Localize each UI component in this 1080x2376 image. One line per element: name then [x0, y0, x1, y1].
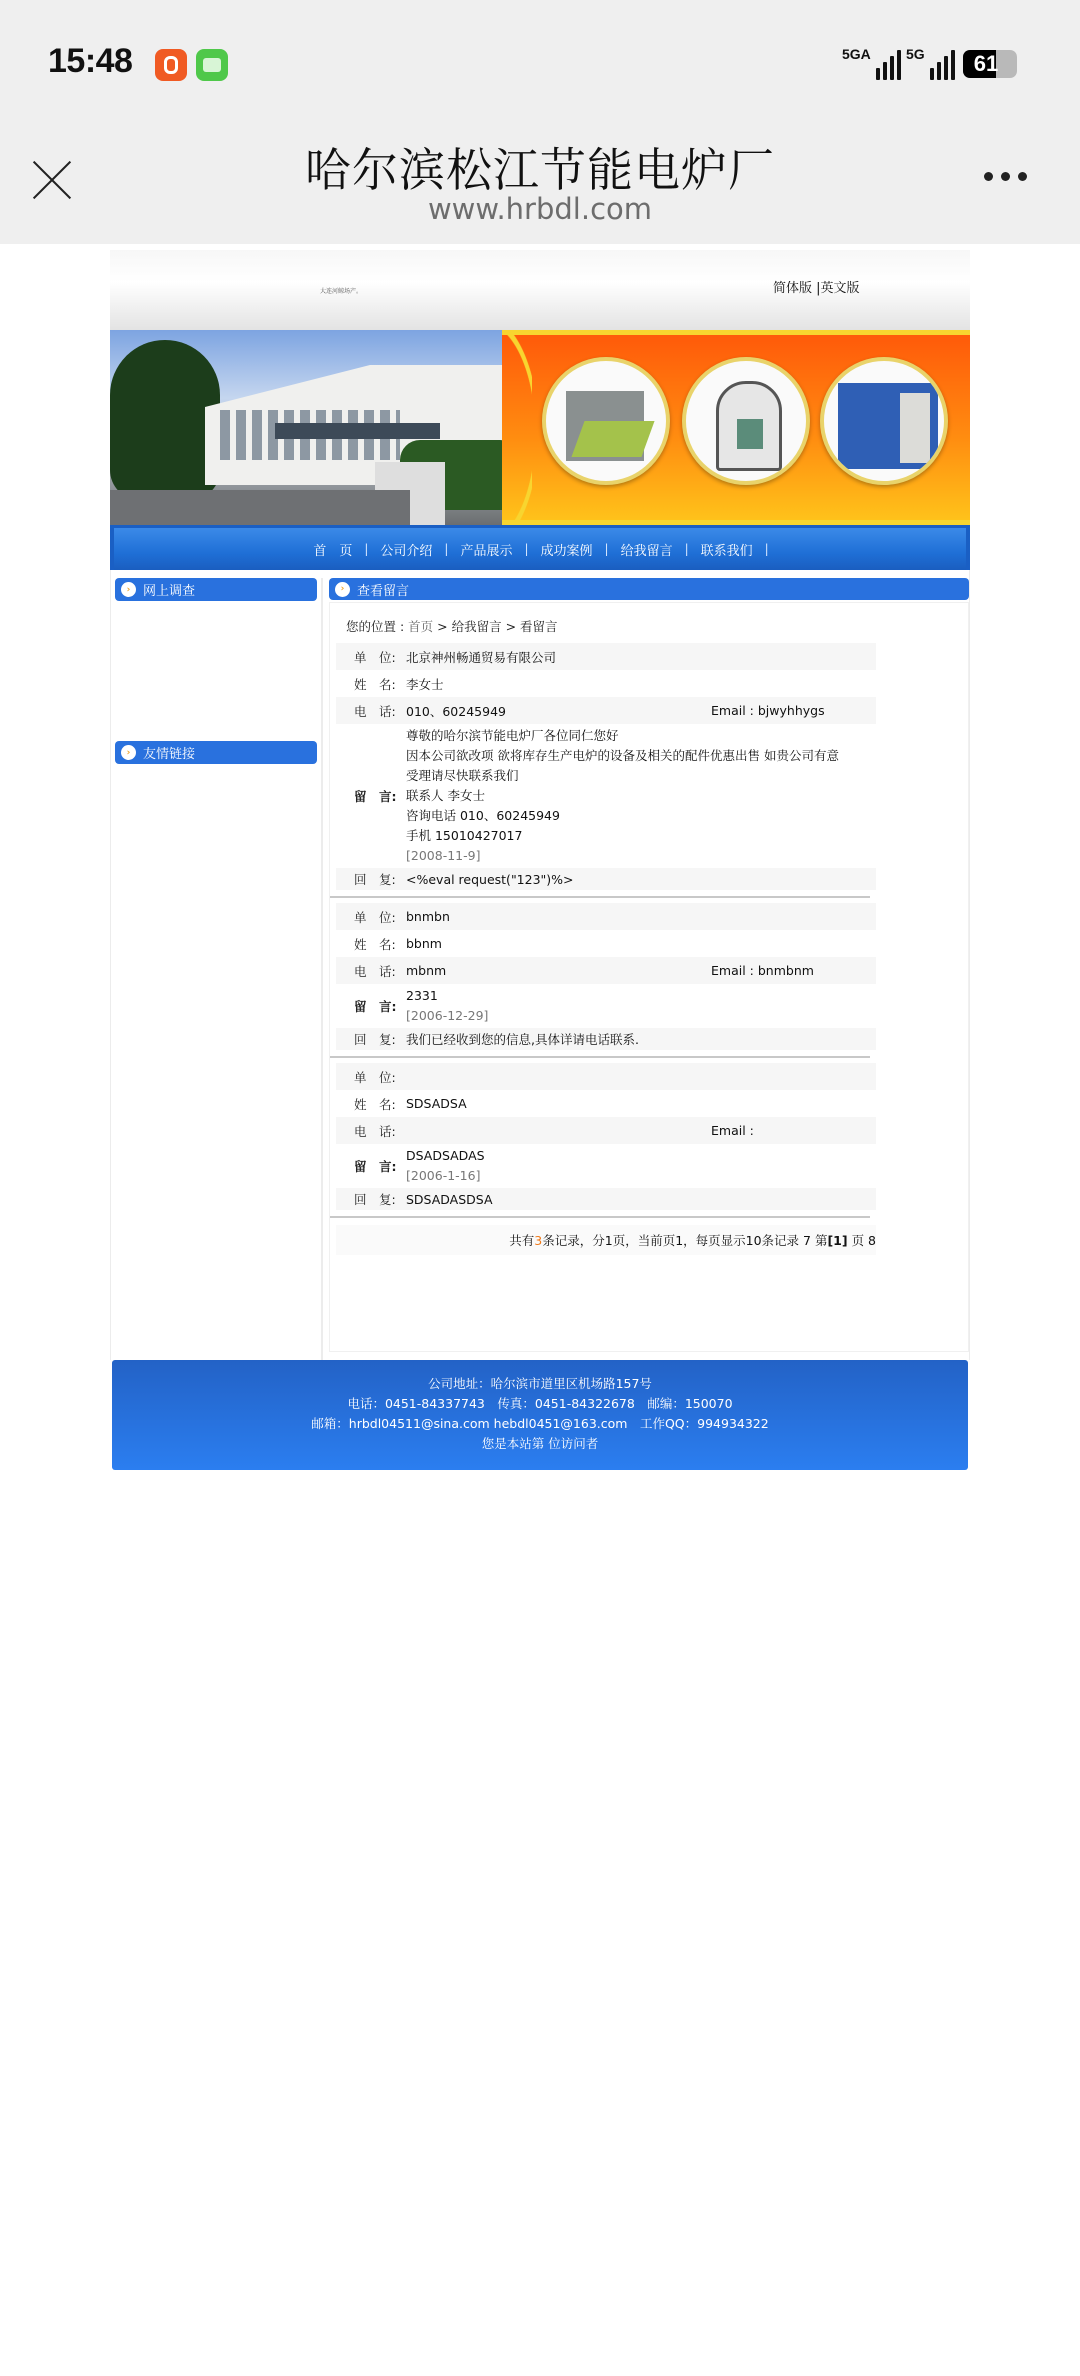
message-field-row: 电 话:Email :: [336, 1117, 876, 1144]
message-field-row: 回 复:SDSADASDSA: [336, 1188, 876, 1210]
message-date: [2006-12-29]: [406, 1006, 876, 1026]
nav-item[interactable]: 给我留言: [609, 540, 685, 559]
message-field-row: 姓 名:bbnm: [336, 930, 876, 957]
messages-panel: 您的位置 : 首页 > 给我留言 > 看留言 单 位:北京神州畅通贸易有限公司姓…: [329, 602, 969, 1352]
message-line: 受理请尽快联系我们: [406, 766, 876, 786]
field-value: bnmbn: [406, 909, 876, 924]
lang-separator: |: [812, 281, 821, 296]
field-label: 单 位:: [354, 1068, 406, 1086]
message-divider: [330, 896, 870, 899]
message-entry: 单 位:bnmbn姓 名:bbnm电 话:mbnmEmail :bnmbnm留 …: [336, 903, 876, 1050]
field-label: 留 言:: [354, 1157, 406, 1175]
nav-item[interactable]: 产品展示: [448, 540, 524, 559]
survey-title: › 网上调查: [115, 578, 317, 601]
lang-simplified-link[interactable]: 简体版: [773, 281, 812, 296]
phone-top-bar: 15:48 5GA 5G 61 哈尔滨松江节能电炉厂 www.hrbdl.com: [0, 0, 1080, 244]
message-divider: [330, 1056, 870, 1059]
field-value: 我们已经收到您的信息,具体详请电话联系.: [406, 1030, 876, 1048]
email-label: Email :: [711, 703, 754, 718]
links-box: › 友情链接: [115, 741, 317, 764]
nav-item[interactable]: 首 页: [301, 540, 364, 559]
pager-text: 条记录，分1页，当前页1，每页显示10条记录 7 第: [542, 1233, 827, 1248]
message-field-row: 单 位:bnmbn: [336, 903, 876, 930]
email-field: Email :bnmbnm: [711, 963, 876, 978]
nav-item[interactable]: 成功案例: [529, 540, 605, 559]
message-list: 单 位:北京神州畅通贸易有限公司姓 名:李女士电 话:010、60245949E…: [330, 643, 968, 1219]
email-label: Email :: [711, 963, 754, 978]
banner-image: [110, 330, 970, 525]
field-label: 姓 名:: [354, 935, 406, 953]
signal-label: 5GA: [842, 46, 871, 62]
message-field-row: 留 言:2331[2006-12-29]: [336, 984, 876, 1028]
control-cabinet-image: [820, 357, 948, 485]
message-field-row: 单 位:北京神州畅通贸易有限公司: [336, 643, 876, 670]
field-label: 回 复:: [354, 870, 406, 888]
pager-end: 页 8: [848, 1233, 876, 1248]
more-dots-icon[interactable]: [984, 172, 1027, 181]
message-line: DSADSADAS: [406, 1146, 876, 1166]
pit-furnace-image: [682, 357, 810, 485]
field-label: 留 言:: [354, 787, 406, 805]
footer-visitor-count: 您是本站第 位访问者: [112, 1434, 968, 1454]
message-line: 联系人 李女士: [406, 786, 876, 806]
signal-5ga-icon: 5GA: [842, 46, 901, 80]
message-field-row: 姓 名:李女士: [336, 670, 876, 697]
arrow-bullet-icon: ›: [121, 745, 136, 760]
footer-email: 邮箱：hrbdl04511@sina.com hebdl0451@163.com…: [112, 1414, 968, 1434]
field-label: 电 话:: [354, 962, 406, 980]
breadcrumb-prefix: 您的位置 :: [346, 619, 408, 634]
main-nav: 首 页|公司介绍|产品展示|成功案例|给我留言|联系我们|: [110, 525, 970, 570]
field-value: bbnm: [406, 936, 876, 951]
survey-title-text: 网上调查: [143, 580, 195, 599]
breadcrumb-leave-message: 给我留言: [452, 619, 502, 634]
message-field-row: 电 话:mbnmEmail :bnmbnm: [336, 957, 876, 984]
breadcrumb: 您的位置 : 首页 > 给我留言 > 看留言: [330, 617, 968, 635]
arrow-bullet-icon: ›: [335, 582, 350, 597]
page-title: 哈尔滨松江节能电炉厂: [0, 134, 1080, 200]
signal-5g-icon: 5G: [906, 46, 955, 80]
field-label: 电 话:: [354, 1122, 406, 1140]
field-label: 电 话:: [354, 702, 406, 720]
message-field-row: 回 复:<%eval request("123")%>: [336, 868, 876, 890]
links-title-text: 友情链接: [143, 743, 195, 762]
view-messages-title-text: 查看留言: [357, 580, 409, 599]
nav-item[interactable]: 公司介绍: [368, 540, 444, 559]
message-field-row: 电 话:010、60245949Email :bjwyhhygs: [336, 697, 876, 724]
message-entry: 单 位:北京神州畅通贸易有限公司姓 名:李女士电 话:010、60245949E…: [336, 643, 876, 890]
site-header: 大连河鲸场产。 简体版 |英文版: [110, 250, 970, 330]
footer-contact: 电话：0451-84337743 传真：0451-84322678 邮编：150…: [112, 1394, 968, 1414]
breadcrumb-sep: >: [433, 619, 451, 634]
breadcrumb-sep: >: [502, 619, 520, 634]
email-field: Email :bjwyhhygs: [711, 703, 876, 718]
field-value: 尊敬的哈尔滨节能电炉厂各位同仁您好因本公司欲改项 欲将库存生产电炉的设备及相关的…: [406, 726, 876, 866]
header-tiny-text: 大连河鲸场产。: [320, 286, 362, 295]
field-label: 单 位:: [354, 648, 406, 666]
message-field-row: 留 言:尊敬的哈尔滨节能电炉厂各位同仁您好因本公司欲改项 欲将库存生产电炉的设备…: [336, 724, 876, 868]
field-label: 姓 名:: [354, 675, 406, 693]
email-value: bnmbnm: [758, 963, 814, 978]
message-field-row: 姓 名:SDSADSA: [336, 1090, 876, 1117]
sidebar: › 网上调查 › 友情链接: [111, 578, 323, 1360]
kuaishou-icon: [155, 49, 187, 81]
box-furnace-image: [542, 357, 670, 485]
breadcrumb-home[interactable]: 首页: [408, 619, 433, 634]
email-label: Email :: [711, 1123, 754, 1138]
field-label: 单 位:: [354, 908, 406, 926]
current-page-link[interactable]: [1]: [827, 1233, 847, 1248]
message-date: [2008-11-9]: [406, 846, 876, 866]
battery-level: 61: [963, 50, 1017, 78]
field-value: mbnm: [406, 963, 711, 978]
status-time: 15:48: [48, 42, 132, 81]
breadcrumb-view-messages: 看留言: [520, 619, 558, 634]
message-line: 咨询电话 010、60245949: [406, 806, 876, 826]
survey-box: › 网上调查: [115, 578, 317, 741]
field-value: 2331[2006-12-29]: [406, 986, 876, 1026]
battery-icon: 61: [963, 50, 1017, 78]
field-label: 回 复:: [354, 1190, 406, 1208]
site-footer: 公司地址：哈尔滨市道里区机场路157号 电话：0451-84337743 传真：…: [112, 1360, 968, 1470]
arrow-bullet-icon: ›: [121, 582, 136, 597]
field-label: 回 复:: [354, 1030, 406, 1048]
field-value: 010、60245949: [406, 702, 711, 720]
page-url: www.hrbdl.com: [0, 192, 1080, 226]
message-date: [2006-1-16]: [406, 1166, 876, 1186]
signal-label: 5G: [906, 46, 925, 62]
message-line: 因本公司欲改项 欲将库存生产电炉的设备及相关的配件优惠出售 如贵公司有意: [406, 746, 876, 766]
message-line: 尊敬的哈尔滨节能电炉厂各位同仁您好: [406, 726, 876, 746]
field-value: DSADSADAS[2006-1-16]: [406, 1146, 876, 1186]
message-field-row: 留 言:DSADSADAS[2006-1-16]: [336, 1144, 876, 1188]
field-label: 留 言:: [354, 997, 406, 1015]
message-field-row: 回 复:我们已经收到您的信息,具体详请电话联系.: [336, 1028, 876, 1050]
footer-address: 公司地址：哈尔滨市道里区机场路157号: [112, 1374, 968, 1394]
links-title: › 友情链接: [115, 741, 317, 764]
nav-item[interactable]: 联系我们: [689, 540, 765, 559]
field-value: 李女士: [406, 675, 876, 693]
messages-icon: [196, 49, 228, 81]
lang-english-link[interactable]: 英文版: [821, 281, 860, 296]
field-value: 北京神州畅通贸易有限公司: [406, 648, 876, 666]
message-line: 2331: [406, 986, 876, 1006]
field-value: <%eval request("123")%>: [406, 872, 876, 887]
content-area: › 网上调查 › 友情链接 › 查看留言 您的位置 : 首页 > 给我留言 > …: [110, 570, 970, 1360]
website: 大连河鲸场产。 简体版 |英文版 首 页|公司介绍|产品展示|成功案例|给我留言…: [110, 250, 970, 1470]
language-links: 简体版 |英文版: [773, 277, 860, 296]
field-label: 姓 名:: [354, 1095, 406, 1113]
email-value: bjwyhhygs: [758, 703, 825, 718]
field-value: SDSADSA: [406, 1096, 876, 1111]
factory-photo: [110, 330, 530, 525]
message-field-row: 单 位:: [336, 1063, 876, 1090]
nav-separator: |: [765, 542, 769, 556]
pagination-info: 共有3条记录，分1页，当前页1，每页显示10条记录 7 第[1] 页 8: [336, 1225, 876, 1255]
message-entry: 单 位:姓 名:SDSADSA电 话:Email :留 言:DSADSADAS[…: [336, 1063, 876, 1210]
products-banner: [502, 330, 970, 525]
message-divider: [330, 1216, 870, 1219]
field-value: SDSADASDSA: [406, 1192, 876, 1207]
message-line: 手机 15010427017: [406, 826, 876, 846]
main-panel: › 查看留言 您的位置 : 首页 > 给我留言 > 看留言 单 位:北京神州畅通…: [323, 578, 969, 1360]
pager-prefix: 共有: [509, 1233, 534, 1248]
view-messages-title: › 查看留言: [329, 578, 969, 600]
email-field: Email :: [711, 1123, 876, 1138]
